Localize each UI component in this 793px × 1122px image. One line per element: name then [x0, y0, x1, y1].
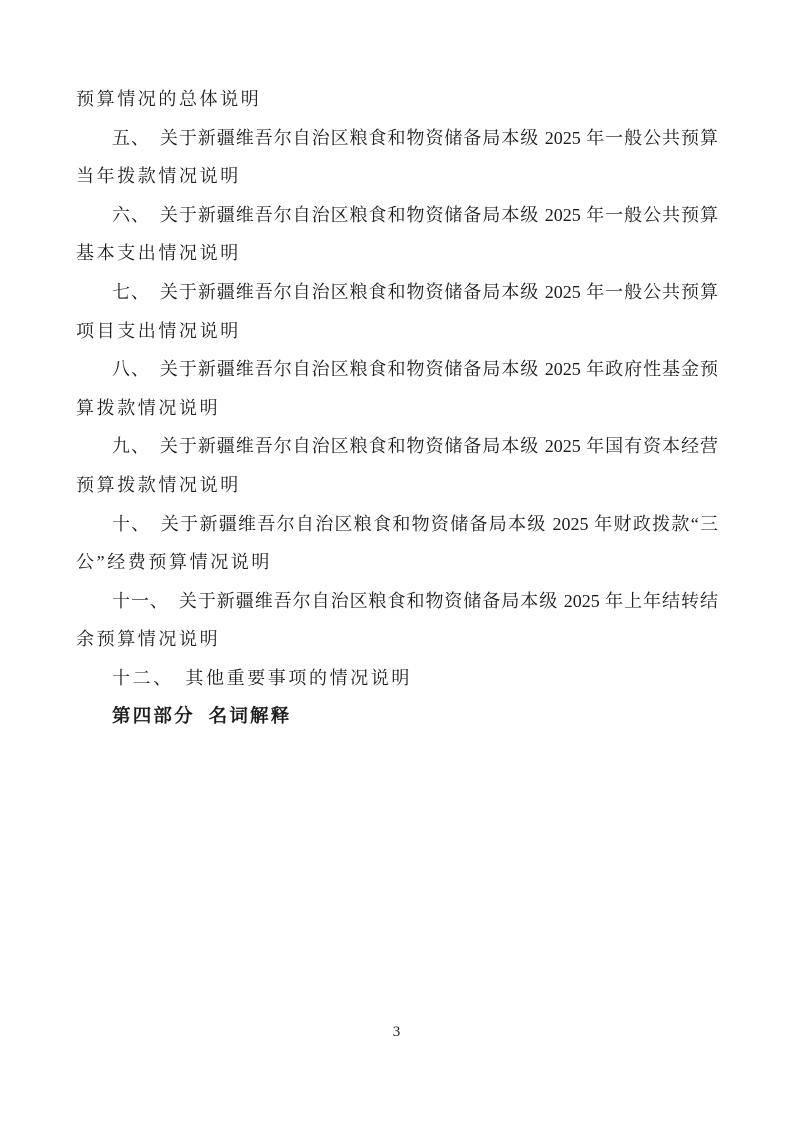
toc-item-7-line-1: 七、 关于新疆维吾尔自治区粮食和物资储备局本级 2025 年一般公共预算 — [76, 273, 718, 312]
toc-item-5-line-2: 当年拨款情况说明 — [76, 157, 718, 196]
toc-item-10-line-1: 十、 关于新疆维吾尔自治区粮食和物资储备局本级 2025 年财政拨款“三 — [76, 505, 718, 544]
toc-item-12-line: 十二、 其他重要事项的情况说明 — [76, 659, 718, 698]
toc-item-5-line-1: 五、 关于新疆维吾尔自治区粮食和物资储备局本级 2025 年一般公共预算 — [76, 119, 718, 158]
toc-item-11-line-2: 余预算情况说明 — [76, 620, 718, 659]
toc-item-6-line-2: 基本支出情况说明 — [76, 234, 718, 273]
toc-item-9-line-2: 预算拨款情况说明 — [76, 466, 718, 505]
toc-item-8-line-1: 八、 关于新疆维吾尔自治区粮食和物资储备局本级 2025 年政府性基金预 — [76, 350, 718, 389]
toc-item-6-line-1: 六、 关于新疆维吾尔自治区粮食和物资储备局本级 2025 年一般公共预算 — [76, 196, 718, 235]
table-of-contents: 预算情况的总体说明 五、 关于新疆维吾尔自治区粮食和物资储备局本级 2025 年… — [76, 80, 718, 736]
toc-item-8-line-2: 算拨款情况说明 — [76, 389, 718, 428]
section-4-heading: 第四部分 名词解释 — [76, 698, 718, 737]
document-page: 预算情况的总体说明 五、 关于新疆维吾尔自治区粮食和物资储备局本级 2025 年… — [0, 0, 793, 1122]
toc-item-7-line-2: 项目支出情况说明 — [76, 312, 718, 351]
page-number: 3 — [0, 1022, 793, 1042]
toc-item-9-line-1: 九、 关于新疆维吾尔自治区粮食和物资储备局本级 2025 年国有资本经营 — [76, 427, 718, 466]
toc-item-10-line-2: 公”经费预算情况说明 — [76, 543, 718, 582]
toc-item-4-continuation-line: 预算情况的总体说明 — [76, 80, 718, 119]
toc-item-11-line-1: 十一、 关于新疆维吾尔自治区粮食和物资储备局本级 2025 年上年结转结 — [76, 582, 718, 621]
